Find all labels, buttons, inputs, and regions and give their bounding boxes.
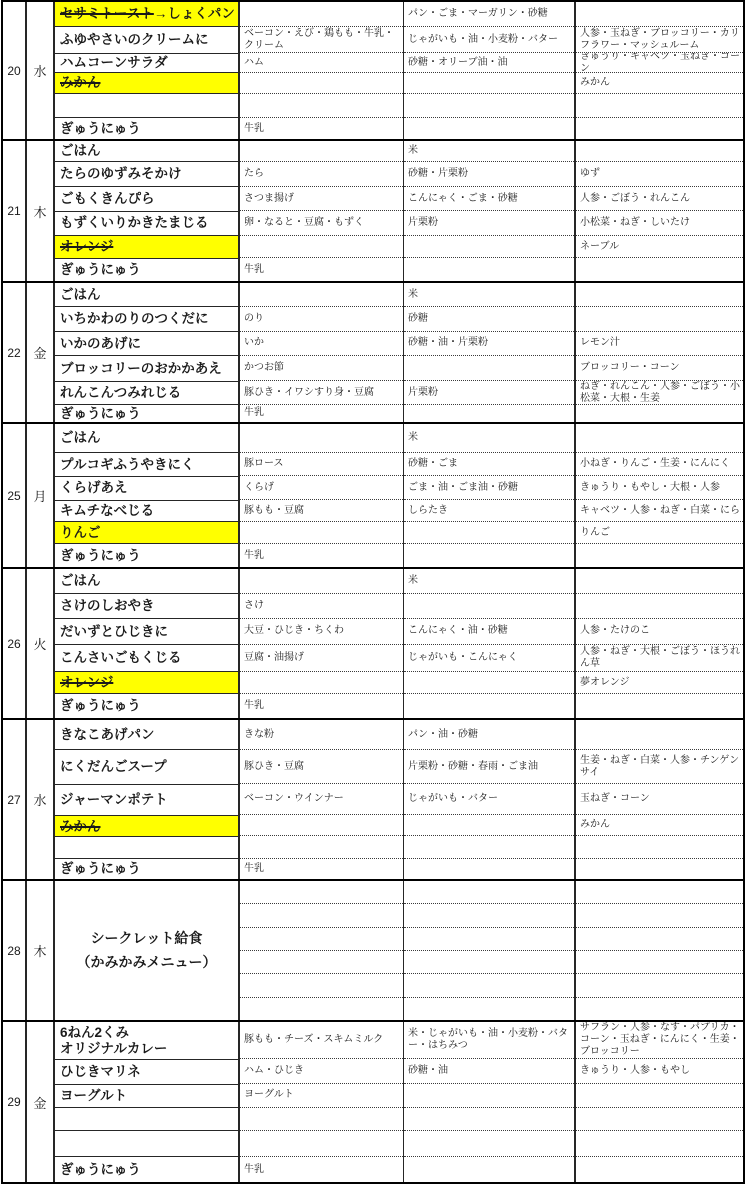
weekday-cell: 水 [27, 720, 55, 879]
main-ingredient-column: 豚ロースくらげ豚もも・豆腐牛乳 [240, 424, 404, 567]
struck-menu-text: みかん [60, 75, 101, 91]
ingredient-cell [576, 881, 743, 904]
menu-cell: ぎゅうにゅう [55, 259, 238, 282]
ingredient-cell: 牛乳 [240, 1157, 403, 1182]
ingredient-cell [576, 94, 743, 118]
ingredient-cell [576, 405, 743, 422]
menu-cell: ぎゅうにゅう [55, 1157, 238, 1182]
ingredient-cell: 砂糖 [404, 307, 574, 331]
merged-menu-cell: シークレット給食 （かみかみメニュー） [55, 881, 238, 1020]
menu-cell: みかん [55, 816, 238, 837]
day-row-block: 29金6ねん2くみ オリジナルカレーひじきマリネヨーグルトぎゅうにゅう豚もも・チ… [3, 1022, 743, 1182]
ingredient-cell [576, 1108, 743, 1132]
ingredient-cell: 牛乳 [240, 859, 403, 879]
ingredient-cell [404, 904, 574, 927]
menu-cell: ぎゅうにゅう [55, 405, 238, 422]
vegetable-column: 人参・たけのこ人参・ねぎ・大根・ごぼう・ほうれん草夢オレンジ [576, 569, 743, 718]
menu-column: セサミトースト→しょくパンふゆやさいのクリームにハムコーンサラダみかんぎゅうにゅ… [55, 2, 240, 139]
ingredient-cell: ねぎ・れんこん・人参・ごぼう・小松菜・大根・生姜 [576, 381, 743, 404]
ingredient-cell [404, 544, 574, 567]
weekday-cell: 水 [27, 2, 55, 139]
ingredient-cell [576, 569, 743, 594]
ingredient-cell: 砂糖・オリーブ油・油 [404, 53, 574, 72]
ingredient-cell [240, 672, 403, 694]
menu-cell [55, 837, 238, 859]
energy-ingredient-column: 米こんにゃく・油・砂糖じゃがいも・こんにゃく [404, 569, 576, 718]
menu-cell: ぎゅうにゅう [55, 118, 238, 139]
ingredient-cell: 卵・なると・豆腐・もずく [240, 211, 403, 235]
ingredient-cell [240, 94, 403, 118]
ingredient-cell [404, 672, 574, 694]
ingredient-cell [404, 928, 574, 951]
ingredient-cell [404, 694, 574, 718]
ingredient-cell: サフラン・人参・なす・パプリカ・コーン・玉ねぎ・にんにく・生姜・ブロッコリー [576, 1022, 743, 1059]
date-cell: 25 [3, 424, 27, 567]
ingredient-cell: 豚もも・チーズ・スキムミルク [240, 1022, 403, 1059]
ingredient-cell: きゅうり・もやし・大根・人参 [576, 476, 743, 500]
date-cell: 21 [3, 141, 27, 281]
ingredient-cell [576, 859, 743, 879]
ingredient-cell [404, 522, 574, 545]
ingredient-cell: 豚ひき・イワシすり身・豆腐 [240, 381, 403, 404]
ingredient-cell [404, 951, 574, 974]
ingredient-cell [240, 236, 403, 259]
ingredient-cell [404, 815, 574, 836]
menu-cell [55, 94, 238, 119]
main-ingredient-column: 豚もも・チーズ・スキムミルクハム・ひじきヨーグルト牛乳 [240, 1022, 404, 1182]
day-row-block: 21木ごはんたらのゆずみそかけごもくきんぴらもずくいりかきたまじるオレンジぎゅう… [3, 141, 743, 283]
ingredient-cell: ブロッコリー・コーン [576, 356, 743, 381]
ingredient-cell: ハム・ひじき [240, 1059, 403, 1084]
ingredient-cell: きゅうり・キャベツ・玉ねぎ・コーン [576, 53, 743, 72]
menu-cell: ごはん [55, 141, 238, 162]
ingredient-cell: 米 [404, 424, 574, 453]
menu-cell: たらのゆずみそかけ [55, 162, 238, 188]
ingredient-cell [576, 594, 743, 619]
menu-cell: 6ねん2くみ オリジナルカレー [55, 1022, 238, 1060]
vegetable-column: 小ねぎ・りんご・生姜・にんにくきゅうり・もやし・大根・人参キャベツ・人参・ねぎ・… [576, 424, 743, 567]
main-ingredient-column: のりいかかつお節豚ひき・イワシすり身・豆腐牛乳 [240, 283, 404, 422]
day-row-block: 25月ごはんプルコギふうやきにくくらげあえキムチなべじるりんごぎゅうにゅう豚ロー… [3, 424, 743, 569]
ingredient-cell: じゃがいも・油・小麦粉・バター [404, 27, 574, 53]
ingredient-cell: 牛乳 [240, 694, 403, 718]
menu-cell: にくだんごスープ [55, 750, 238, 784]
menu-cell: ふゆやさいのクリームに [55, 27, 238, 54]
energy-ingredient-column: 米砂糖・片栗粉こんにゃく・ごま・砂糖片栗粉 [404, 141, 576, 281]
weekday-cell: 火 [27, 569, 55, 718]
ingredient-cell: 豚もも・豆腐 [240, 500, 403, 522]
ingredient-cell [404, 1131, 574, 1157]
struck-menu-text: セサミトースト [60, 6, 154, 22]
ingredient-cell [240, 1131, 403, 1157]
ingredient-cell [240, 974, 403, 997]
day-row-block: 27水きなこあげパンにくだんごスープジャーマンポテトみかんぎゅうにゅうきな粉豚ひ… [3, 720, 743, 881]
date-cell: 28 [3, 881, 27, 1020]
ingredient-cell: 牛乳 [240, 258, 403, 281]
weekday-cell: 木 [27, 141, 55, 281]
menu-column: シークレット給食 （かみかみメニュー） [55, 881, 240, 1020]
ingredient-cell: きゅうり・人参・もやし [576, 1059, 743, 1084]
ingredient-cell [404, 594, 574, 619]
ingredient-cell: 砂糖・油 [404, 1059, 574, 1084]
ingredient-cell [576, 720, 743, 750]
menu-cell: みかん [55, 73, 238, 94]
menu-cell: ヨーグルト [55, 1085, 238, 1108]
menu-cell: ごはん [55, 569, 238, 594]
menu-cell: だいずとひじきに [55, 619, 238, 645]
ingredient-cell [576, 1131, 743, 1157]
energy-ingredient-column: 米砂糖・ごまごま・油・ごま油・砂糖しらたき [404, 424, 576, 567]
weekday-cell: 月 [27, 424, 55, 567]
ingredient-cell: 大豆・ひじき・ちくわ [240, 619, 403, 645]
ingredient-cell: しらたき [404, 500, 574, 522]
menu-column: きなこあげパンにくだんごスープジャーマンポテトみかんぎゅうにゅう [55, 720, 240, 879]
ingredient-cell: いか [240, 332, 403, 356]
vegetable-column: 人参・玉ねぎ・ブロッコリー・カリフラワー・マッシュルームきゅうり・キャベツ・玉ね… [576, 2, 743, 139]
menu-cell: ハムコーンサラダ [55, 54, 238, 73]
ingredient-cell [576, 2, 743, 27]
ingredient-cell: 片栗粉 [404, 381, 574, 404]
menu-cell: ジャーマンポテト [55, 785, 238, 817]
ingredient-cell: 夢オレンジ [576, 672, 743, 694]
ingredient-cell: 砂糖・油・片栗粉 [404, 332, 574, 356]
menu-cell: れんこんつみれじる [55, 382, 238, 405]
menu-cell: もずくいりかきたまじる [55, 212, 238, 236]
date-cell: 29 [3, 1022, 27, 1182]
ingredient-cell: 米 [404, 141, 574, 162]
menu-cell [55, 1108, 238, 1131]
main-ingredient-column: さけ大豆・ひじき・ちくわ豆腐・油揚げ牛乳 [240, 569, 404, 718]
ingredient-cell [240, 283, 403, 307]
menu-cell: ぎゅうにゅう [55, 859, 238, 879]
ingredient-cell [576, 998, 743, 1020]
ingredient-cell [576, 951, 743, 974]
ingredient-cell [576, 307, 743, 331]
menu-cell: キムチなべじる [55, 501, 238, 522]
vegetable-column: 生姜・ねぎ・白菜・人参・チンゲンサイ玉ねぎ・コーンみかん [576, 720, 743, 879]
ingredient-cell [404, 356, 574, 381]
date-cell: 27 [3, 720, 27, 879]
ingredient-cell: じゃがいも・バター [404, 784, 574, 815]
day-row-block: 28木シークレット給食 （かみかみメニュー） [3, 881, 743, 1022]
ingredient-cell [240, 2, 403, 27]
energy-ingredient-column: パン・油・砂糖片栗粉・砂糖・春雨・ごま油じゃがいも・バター [404, 720, 576, 879]
day-row-block: 20水セサミトースト→しょくパンふゆやさいのクリームにハムコーンサラダみかんぎゅ… [3, 2, 743, 141]
menu-cell: いちかわのりのつくだに [55, 307, 238, 331]
menu-cell: セサミトースト→しょくパン [55, 2, 238, 27]
ingredient-cell [404, 405, 574, 422]
ingredient-cell [576, 424, 743, 453]
vegetable-column: ゆず人参・ごぼう・れんこん小松菜・ねぎ・しいたけネーブル [576, 141, 743, 281]
ingredient-cell [404, 73, 574, 94]
struck-menu-text: オレンジ [60, 675, 113, 691]
ingredient-cell [576, 283, 743, 307]
ingredient-cell [576, 904, 743, 927]
vegetable-column [576, 881, 743, 1020]
ingredient-cell [576, 258, 743, 281]
ingredient-cell [576, 928, 743, 951]
ingredient-cell: 砂糖・ごま [404, 453, 574, 477]
ingredient-cell: さつま揚げ [240, 187, 403, 211]
ingredient-cell: みかん [576, 815, 743, 836]
ingredient-cell [404, 258, 574, 281]
ingredient-cell: 豚ロース [240, 453, 403, 477]
menu-cell: ごはん [55, 283, 238, 307]
menu-cell: りんご [55, 522, 238, 544]
ingredient-cell [240, 141, 403, 162]
ingredient-cell [404, 998, 574, 1020]
main-ingredient-column: たらさつま揚げ卵・なると・豆腐・もずく牛乳 [240, 141, 404, 281]
ingredient-cell: きな粉 [240, 720, 403, 750]
ingredient-cell: 豆腐・油揚げ [240, 645, 403, 672]
menu-cell [55, 1131, 238, 1157]
weekday-cell: 木 [27, 881, 55, 1020]
day-row-block: 26火ごはんさけのしおやきだいずとひじきにこんさいごもくじるオレンジぎゅうにゅう… [3, 569, 743, 720]
ingredient-cell: 小ねぎ・りんご・生姜・にんにく [576, 453, 743, 477]
menu-cell: ひじきマリネ [55, 1060, 238, 1085]
ingredient-cell: ベーコン・ウインナー [240, 784, 403, 815]
ingredient-cell: 砂糖・片栗粉 [404, 162, 574, 187]
menu-cell: ごはん [55, 424, 238, 453]
ingredient-cell [404, 1084, 574, 1108]
menu-column: ごはんプルコギふうやきにくくらげあえキムチなべじるりんごぎゅうにゅう [55, 424, 240, 567]
ingredient-cell: キャベツ・人参・ねぎ・白菜・にら [576, 500, 743, 522]
date-cell: 20 [3, 2, 27, 139]
ingredient-cell: 人参・ごぼう・れんこん [576, 187, 743, 211]
date-cell: 26 [3, 569, 27, 718]
struck-menu-text: みかん [60, 819, 101, 835]
menu-cell: プルコギふうやきにく [55, 453, 238, 477]
ingredient-cell: 人参・玉ねぎ・ブロッコリー・カリフラワー・マッシュルーム [576, 27, 743, 53]
ingredient-cell [404, 836, 574, 858]
ingredient-cell [404, 881, 574, 904]
menu-cell: さけのしおやき [55, 594, 238, 619]
ingredient-cell: さけ [240, 594, 403, 619]
energy-ingredient-column: パン・ごま・マーガリン・砂糖じゃがいも・油・小麦粉・バター砂糖・オリーブ油・油 [404, 2, 576, 139]
ingredient-cell: ゆず [576, 162, 743, 187]
ingredient-cell [404, 859, 574, 879]
vegetable-column: サフラン・人参・なす・パプリカ・コーン・玉ねぎ・にんにく・生姜・ブロッコリーきゅ… [576, 1022, 743, 1182]
ingredient-cell [240, 998, 403, 1020]
ingredient-cell: 人参・ねぎ・大根・ごぼう・ほうれん草 [576, 645, 743, 672]
menu-column: ごはんいちかわのりのつくだにいかのあげにブロッコリーのおかかあえれんこんつみれじ… [55, 283, 240, 422]
ingredient-cell: ごま・油・ごま油・砂糖 [404, 476, 574, 500]
ingredient-cell [240, 73, 403, 94]
ingredient-cell: 生姜・ねぎ・白菜・人参・チンゲンサイ [576, 750, 743, 784]
struck-menu-text: オレンジ [60, 239, 113, 255]
ingredient-cell: 玉ねぎ・コーン [576, 784, 743, 815]
menu-cell: ぎゅうにゅう [55, 694, 238, 718]
energy-ingredient-column [404, 881, 576, 1020]
ingredient-cell: ヨーグルト [240, 1084, 403, 1108]
date-cell: 22 [3, 283, 27, 422]
lunch-menu-table: 20水セサミトースト→しょくパンふゆやさいのクリームにハムコーンサラダみかんぎゅ… [1, 0, 745, 1184]
ingredient-cell [576, 544, 743, 567]
menu-cell: オレンジ [55, 672, 238, 694]
ingredient-cell: 牛乳 [240, 118, 403, 139]
ingredient-cell: ハム [240, 53, 403, 72]
ingredient-cell [240, 1108, 403, 1132]
ingredient-cell: 片栗粉 [404, 211, 574, 235]
ingredient-cell [240, 881, 403, 904]
ingredient-cell [576, 141, 743, 162]
main-ingredient-column [240, 881, 404, 1020]
ingredient-cell: かつお節 [240, 356, 403, 381]
ingredient-cell [576, 118, 743, 139]
vegetable-column: レモン汁ブロッコリー・コーンねぎ・れんこん・人参・ごぼう・小松菜・大根・生姜 [576, 283, 743, 422]
day-row-block: 22金ごはんいちかわのりのつくだにいかのあげにブロッコリーのおかかあえれんこんつ… [3, 283, 743, 424]
weekday-cell: 金 [27, 283, 55, 422]
ingredient-cell [404, 1157, 574, 1182]
ingredient-cell: 米・じゃがいも・油・小麦粉・バター・はちみつ [404, 1022, 574, 1059]
energy-ingredient-column: 米砂糖砂糖・油・片栗粉片栗粉 [404, 283, 576, 422]
ingredient-cell [404, 1108, 574, 1132]
menu-cell: こんさいごもくじる [55, 645, 238, 672]
menu-column: ごはんたらのゆずみそかけごもくきんぴらもずくいりかきたまじるオレンジぎゅうにゅう [55, 141, 240, 281]
ingredient-cell: こんにゃく・ごま・砂糖 [404, 187, 574, 211]
ingredient-cell [240, 951, 403, 974]
ingredient-cell: こんにゃく・油・砂糖 [404, 619, 574, 645]
menu-column: 6ねん2くみ オリジナルカレーひじきマリネヨーグルトぎゅうにゅう [55, 1022, 240, 1182]
ingredient-cell [404, 974, 574, 997]
menu-cell: ごもくきんぴら [55, 187, 238, 211]
weekday-cell: 金 [27, 1022, 55, 1182]
ingredient-cell: パン・ごま・マーガリン・砂糖 [404, 2, 574, 27]
ingredient-cell [576, 974, 743, 997]
ingredient-cell: 人参・たけのこ [576, 619, 743, 645]
ingredient-cell: みかん [576, 73, 743, 94]
ingredient-cell [576, 1157, 743, 1182]
ingredient-cell [404, 118, 574, 139]
ingredient-cell [240, 815, 403, 836]
menu-column: ごはんさけのしおやきだいずとひじきにこんさいごもくじるオレンジぎゅうにゅう [55, 569, 240, 718]
ingredient-cell [404, 236, 574, 259]
ingredient-cell: 小松菜・ねぎ・しいたけ [576, 211, 743, 235]
ingredient-cell [240, 424, 403, 453]
ingredient-cell [240, 904, 403, 927]
ingredient-cell: パン・油・砂糖 [404, 720, 574, 750]
ingredient-cell: レモン汁 [576, 332, 743, 356]
ingredient-cell [404, 94, 574, 118]
ingredient-cell [240, 522, 403, 545]
ingredient-cell [576, 694, 743, 718]
ingredient-cell: くらげ [240, 476, 403, 500]
main-ingredient-column: ベーコン・えび・鶏もも・牛乳・クリームハム牛乳 [240, 2, 404, 139]
menu-cell: いかのあげに [55, 332, 238, 356]
ingredient-cell: ベーコン・えび・鶏もも・牛乳・クリーム [240, 27, 403, 53]
ingredient-cell: じゃがいも・こんにゃく [404, 645, 574, 672]
ingredient-cell: 牛乳 [240, 405, 403, 422]
ingredient-cell: ネーブル [576, 236, 743, 259]
ingredient-cell: のり [240, 307, 403, 331]
ingredient-cell [576, 1084, 743, 1108]
menu-cell: くらげあえ [55, 477, 238, 501]
ingredient-cell: りんご [576, 522, 743, 545]
menu-cell: ぎゅうにゅう [55, 544, 238, 567]
ingredient-cell [576, 836, 743, 858]
main-ingredient-column: きな粉豚ひき・豆腐ベーコン・ウインナー牛乳 [240, 720, 404, 879]
ingredient-cell: たら [240, 162, 403, 187]
menu-cell: きなこあげパン [55, 720, 238, 750]
ingredient-cell [240, 836, 403, 858]
ingredient-cell [240, 928, 403, 951]
menu-cell: ブロッコリーのおかかあえ [55, 356, 238, 382]
ingredient-cell: 牛乳 [240, 544, 403, 567]
menu-cell: オレンジ [55, 236, 238, 259]
ingredient-cell: 片栗粉・砂糖・春雨・ごま油 [404, 750, 574, 784]
ingredient-cell [240, 569, 403, 594]
ingredient-cell: 米 [404, 283, 574, 307]
ingredient-cell: 米 [404, 569, 574, 594]
ingredient-cell: 豚ひき・豆腐 [240, 750, 403, 784]
energy-ingredient-column: 米・じゃがいも・油・小麦粉・バター・はちみつ砂糖・油 [404, 1022, 576, 1182]
